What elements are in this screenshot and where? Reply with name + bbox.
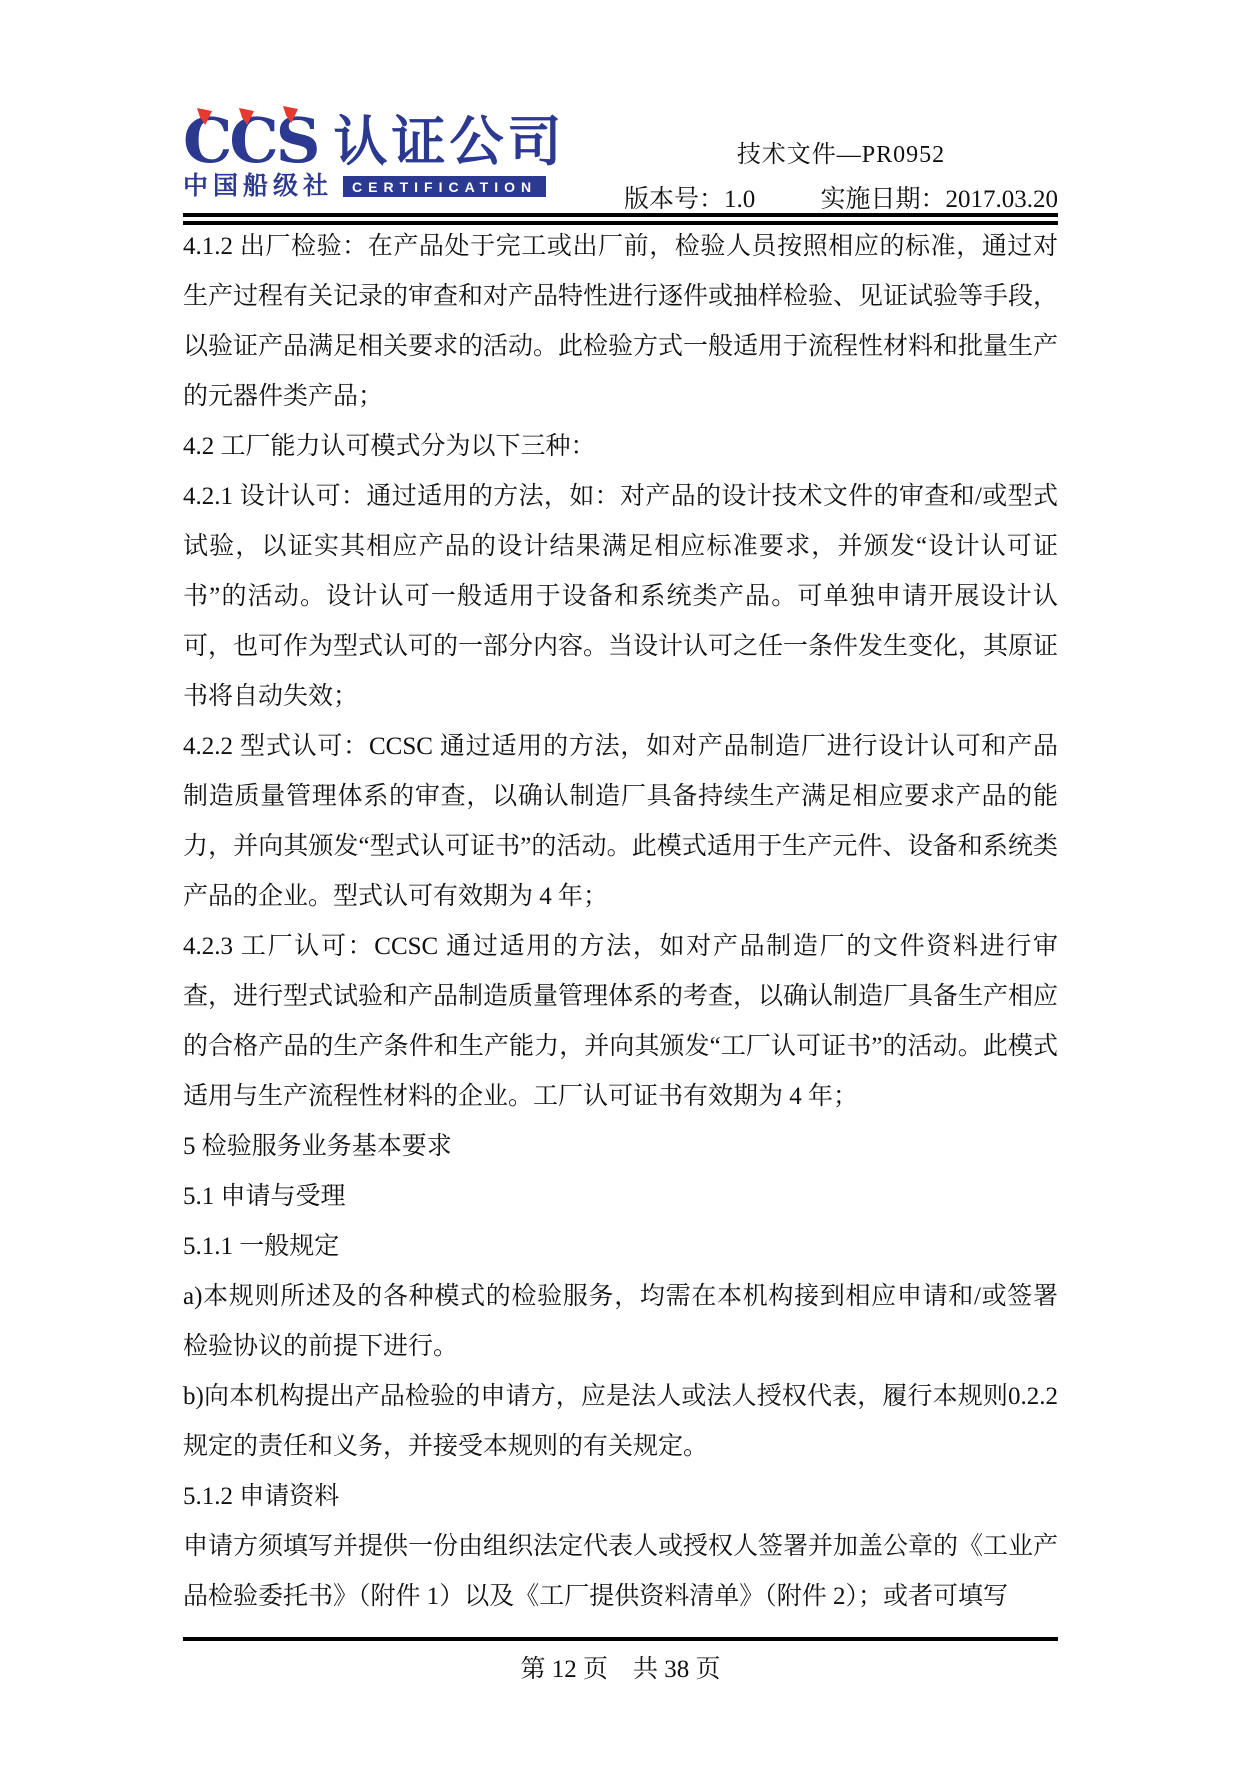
logo-company-name: 认证公司 [333,115,565,169]
document-code: 技术文件—PR0952 [624,134,1058,169]
paragraph-4-1-2: 4.1.2 出厂检验：在产品处于完工或出厂前，检验人员按照相应的标准，通过对生产… [183,222,1058,422]
heading-5: 5 检验服务业务基本要求 [183,1122,1058,1172]
page-number: 第 12 页 共 38 页 [183,1648,1058,1692]
logo-certification-banner: CERTIFICATION [343,176,546,197]
document-info: 技术文件—PR0952 版本号：1.0 实施日期：2017.03.20 [624,134,1058,215]
heading-5-1: 5.1 申请与受理 [183,1172,1058,1222]
paragraph-5-1-2-body: 申请方须填写并提供一份由组织法定代表人或授权人签署并加盖公章的《工业产品检验委托… [183,1522,1058,1622]
logo-top-row: CCS 认证公司 [183,112,583,169]
logo-society-name: 中国船级社 [183,174,333,199]
heading-5-1-1: 5.1.1 一般规定 [183,1222,1058,1272]
paragraph-4-2-1: 4.2.1 设计认可：通过适用的方法，如：对产品的设计技术文件的审查和/或型式试… [183,472,1058,722]
heading-5-1-2: 5.1.2 申请资料 [183,1472,1058,1522]
footer-divider [183,1637,1058,1641]
version-label: 版本号：1.0 [624,179,755,215]
effective-date-label: 实施日期：2017.03.20 [820,179,1058,215]
paragraph-4-2-2: 4.2.2 型式认可：CCSC 通过适用的方法，如对产品制造厂进行设计认可和产品… [183,722,1058,922]
header-divider-top [183,213,1058,217]
paragraph-5-1-1-b: b)向本机构提出产品检验的申请方，应是法人或法人授权代表，履行本规则0.2.2规… [183,1372,1058,1472]
document-body: 4.1.2 出厂检验：在产品处于完工或出厂前，检验人员按照相应的标准，通过对生产… [183,222,1058,1622]
paragraph-5-1-1-a: a)本规则所述及的各种模式的检验服务，均需在本机构接到相应申请和/或签署检验协议… [183,1272,1058,1372]
paragraph-4-2-3: 4.2.3 工厂认可：CCSC 通过适用的方法，如对产品制造厂的文件资料进行审查… [183,922,1058,1122]
logo-bottom-row: 中国船级社 CERTIFICATION [183,174,583,199]
document-page: CCS 认证公司 中国船级社 CERTIFICATION 技术文件—PR0952… [0,0,1241,1778]
ccs-logo: CCS 认证公司 中国船级社 CERTIFICATION [183,112,583,199]
heading-4-2: 4.2 工厂能力认可模式分为以下三种： [183,422,1058,472]
document-meta: 版本号：1.0 实施日期：2017.03.20 [624,179,1058,215]
